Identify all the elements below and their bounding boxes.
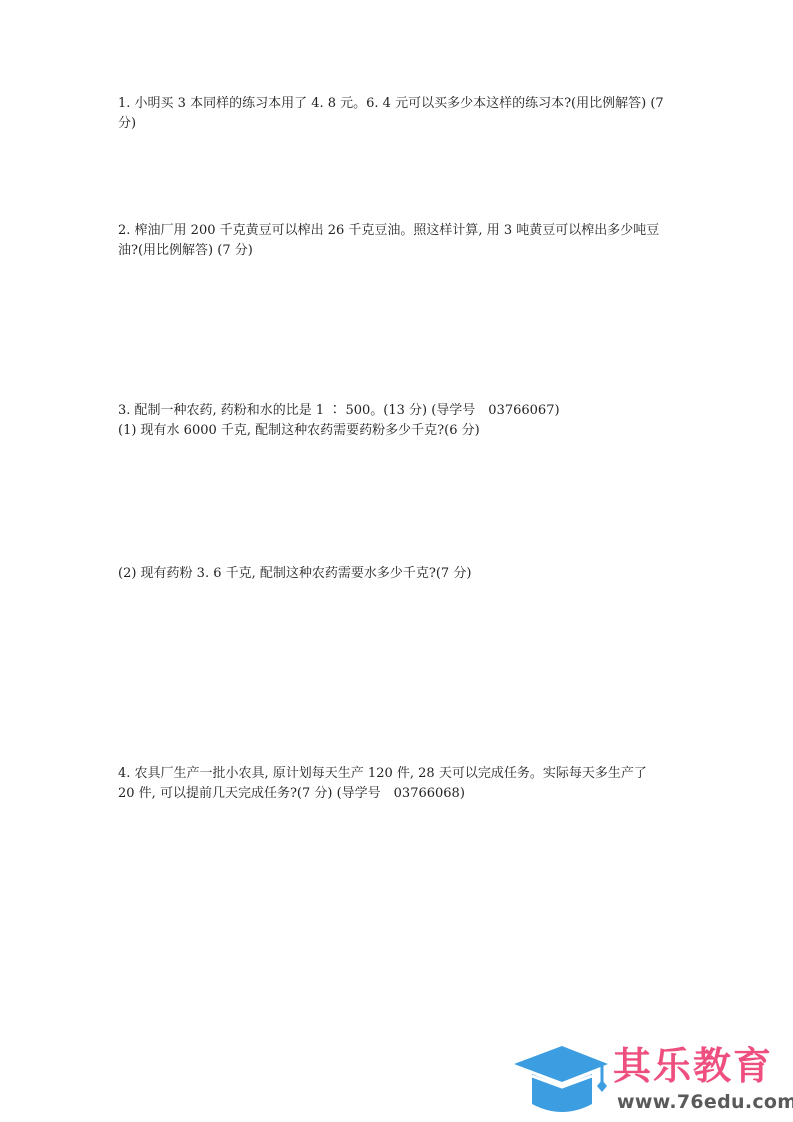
question-1-line-1: 1. 小明买 3 本同样的练习本用了 4. 8 元。6. 4 元可以买多少本这样…: [118, 94, 680, 114]
question-4: 4. 农具厂生产一批小农具, 原计划每天生产 120 件, 28 天可以完成任务…: [118, 764, 680, 804]
question-4-line-1: 4. 农具厂生产一批小农具, 原计划每天生产 120 件, 28 天可以完成任务…: [118, 764, 680, 784]
question-4-line-2: 20 件, 可以提前几天完成任务?(7 分) (导学号 03766068): [118, 784, 680, 804]
question-1-line-2: 分): [118, 114, 680, 134]
question-2: 2. 榨油厂用 200 千克黄豆可以榨出 26 千克豆油。照这样计算, 用 3 …: [118, 221, 680, 261]
question-1: 1. 小明买 3 本同样的练习本用了 4. 8 元。6. 4 元可以买多少本这样…: [118, 94, 680, 134]
question-3-part-1: (1) 现有水 6000 千克, 配制这种农药需要药粉多少千克?(6 分): [118, 421, 680, 441]
logo-name: 其乐教育: [613, 1044, 773, 1088]
logo: 其乐教育 www.76edu.com: [510, 1040, 790, 1118]
graduation-cap-icon: [510, 1040, 610, 1118]
question-2-line-1: 2. 榨油厂用 200 千克黄豆可以榨出 26 千克豆油。照这样计算, 用 3 …: [118, 221, 680, 241]
logo-url: www.76edu.com: [617, 1091, 793, 1113]
question-2-line-2: 油?(用比例解答) (7 分): [118, 241, 680, 261]
question-3-part-2: (2) 现有药粉 3. 6 千克, 配制这种农药需要水多少千克?(7 分): [118, 564, 680, 584]
question-3: 3. 配制一种农药, 药粉和水的比是 1 ∶ 500。(13 分) (导学号 0…: [118, 401, 680, 441]
question-3-line-1: 3. 配制一种农药, 药粉和水的比是 1 ∶ 500。(13 分) (导学号 0…: [118, 401, 680, 421]
question-3-part-2-line: (2) 现有药粉 3. 6 千克, 配制这种农药需要水多少千克?(7 分): [118, 564, 680, 584]
